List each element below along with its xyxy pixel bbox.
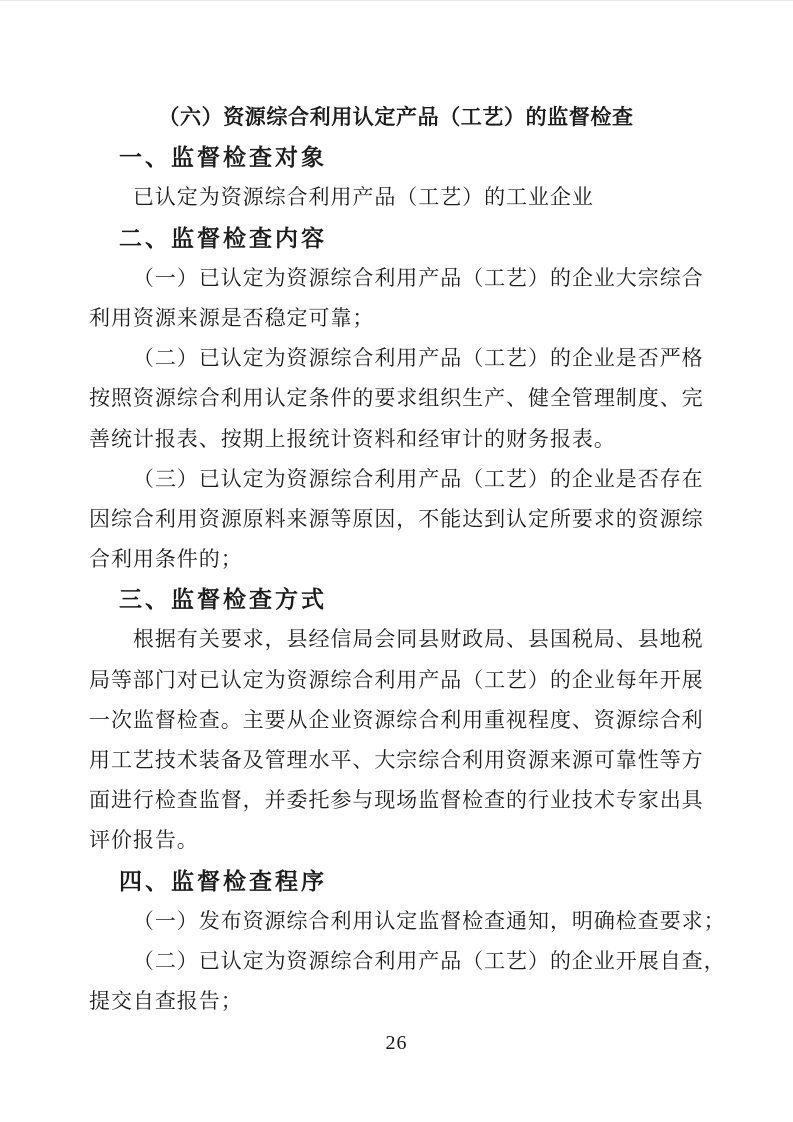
heading-line: 三、监督检查方式 — [89, 579, 703, 619]
heading-line: 一、监督检查对象 — [89, 137, 703, 177]
document-lines: 一、监督检查对象已认定为资源综合利用产品（工艺）的工业企业二、监督检查内容（一）… — [89, 137, 703, 1021]
body-line: （二）已认定为资源综合利用产品（工艺）的企业开展自查， — [89, 941, 703, 981]
body-line: 合利用条件的； — [89, 539, 703, 579]
body-line: 因综合利用资源原料来源等原因，不能达到认定所要求的资源综 — [89, 499, 703, 539]
document-body: （六）资源综合利用认定产品（工艺）的监督检查 一、监督检查对象已认定为资源综合利… — [89, 97, 703, 1021]
body-line: 按照资源综合利用认定条件的要求组织生产、健全管理制度、完 — [89, 378, 703, 418]
body-line: 面进行检查监督，并委托参与现场监督检查的行业技术专家出具 — [89, 780, 703, 820]
body-line: 善统计报表、按期上报统计资料和经审计的财务报表。 — [89, 419, 703, 459]
page-number: 26 — [0, 1032, 793, 1055]
body-line: （一）已认定为资源综合利用产品（工艺）的企业大宗综合 — [89, 258, 703, 298]
body-line: （二）已认定为资源综合利用产品（工艺）的企业是否严格 — [89, 338, 703, 378]
body-line: 根据有关要求，县经信局会同县财政局、县国税局、县地税 — [89, 619, 703, 659]
body-line: 提交自查报告； — [89, 981, 703, 1021]
heading-line: 四、监督检查程序 — [89, 861, 703, 901]
section-title: （六）资源综合利用认定产品（工艺）的监督检查 — [89, 97, 703, 137]
body-line: 用工艺技术装备及管理水平、大宗综合利用资源来源可靠性等方 — [89, 740, 703, 780]
body-line: 已认定为资源综合利用产品（工艺）的工业企业 — [89, 177, 703, 217]
body-line: 评价报告。 — [89, 820, 703, 860]
body-line: （三）已认定为资源综合利用产品（工艺）的企业是否存在 — [89, 459, 703, 499]
heading-line: 二、监督检查内容 — [89, 218, 703, 258]
body-line: 一次监督检查。主要从企业资源综合利用重视程度、资源综合利 — [89, 700, 703, 740]
document-page: （六）资源综合利用认定产品（工艺）的监督检查 一、监督检查对象已认定为资源综合利… — [0, 0, 793, 1122]
body-line: 局等部门对已认定为资源综合利用产品（工艺）的企业每年开展 — [89, 660, 703, 700]
body-line: （一）发布资源综合利用认定监督检查通知，明确检查要求； — [89, 901, 703, 941]
body-line: 利用资源来源是否稳定可靠； — [89, 298, 703, 338]
